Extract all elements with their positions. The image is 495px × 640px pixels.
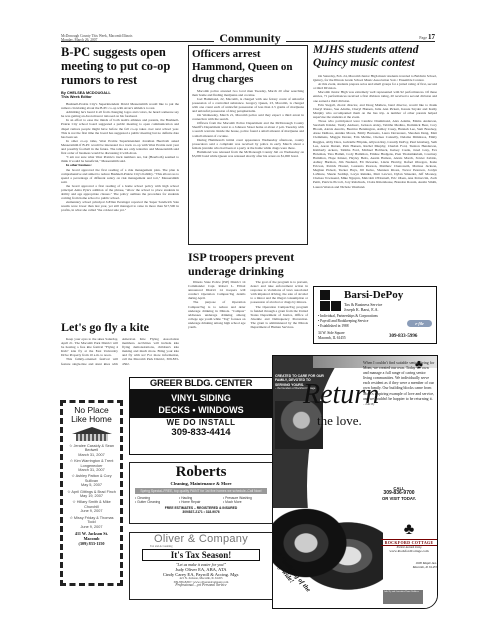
- couple-entry: ☆ Hillary Smith & Mike ChurchillJune 9, …: [65, 500, 118, 513]
- barsi-depoy-ad: Barsi-DePoy Tax & Business Service Josep…: [313, 286, 437, 344]
- wedding-date: March 31, 2007: [78, 453, 104, 457]
- couple-names: April Gittings & Brad Finch: [71, 490, 116, 494]
- address-line: Macomb, IL 61455: [381, 565, 437, 569]
- paragraph: Keep your eyes to the skies Saturday, Ap…: [61, 337, 118, 357]
- paragraph: Joel Hammond, 22, Macomb, is charged wit…: [192, 97, 304, 113]
- byline-title: This Week Editor: [61, 95, 179, 99]
- business-name: GREER BLDG. CENTER: [130, 378, 272, 390]
- paragraph: Macomb police arrested two local men Tue…: [192, 89, 304, 97]
- oliver-company-ad: Oliver & Company Tax and Accounting It's…: [129, 532, 273, 600]
- service-item: • Gutter Cleaning: [135, 500, 179, 504]
- address: 1600 Maple Ave. Macomb, IL 61455: [381, 561, 437, 569]
- visit-text: OR VISIT TODAY.: [363, 496, 435, 501]
- business-name: Roberts: [173, 465, 230, 480]
- install-line: WE DO INSTALL: [130, 418, 272, 427]
- paragraph: The purpose of Operation Campus/Tag is t…: [188, 300, 246, 329]
- bpc-headline: B-PC suggests open meeting to put co-op …: [61, 45, 179, 87]
- officers-article: Officers arrest Hammond, Queen on drug c…: [188, 45, 308, 245]
- service-item: • Much More: [223, 500, 267, 504]
- isp-article-body: Illinois State Police (ISP) District 14 …: [188, 280, 308, 329]
- page-prefix: Page: [419, 35, 427, 40]
- bpc-article-body: Bushnell-Prairie City's Superintendent D…: [61, 102, 179, 213]
- star-icon: ☆: [72, 500, 75, 504]
- couple-names: Hillary Smith & Mike Churchill: [77, 500, 111, 508]
- phone-numbers: 309/837-2171 • 318-9076: [130, 510, 272, 514]
- greer-bldg-ad: GREER BLDG. CENTER VINYL SIDING DECKS • …: [129, 377, 273, 455]
- paragraph: The Operation Campus/Tag program is fund…: [251, 305, 309, 330]
- address: 34 W. Side Square Macomb, IL 61455: [318, 331, 346, 341]
- ad-headline-2: the love.: [317, 414, 362, 428]
- wedding-date: June 9, 2007: [81, 509, 103, 513]
- isp-headline: ISP troopers prevent underage drinking: [188, 250, 308, 278]
- couple-entry: ☆ Jeralee Cassidy & Sean BedwellMarch 31…: [65, 444, 118, 457]
- paragraph: Macomb Junior High was extremely well re…: [313, 90, 437, 102]
- ad-footer: FREE ESTIMATES – REGISTERED & INSURED 30…: [130, 506, 272, 514]
- business-name: Barsi-DePoy: [344, 289, 403, 301]
- website: www.RockfordCottage.com: [381, 549, 437, 553]
- tagline: Cleaning, Maintenance & More: [130, 481, 272, 486]
- quote-signature: – Julie Hy: [363, 402, 435, 407]
- service-line: VINYL SIDING: [130, 392, 272, 404]
- paragraph: On Saturday, Feb. 24, Macomb Junior High…: [313, 74, 437, 82]
- paragraph: At this event, students prepare solos an…: [313, 82, 437, 90]
- service-item: • Home Repair: [179, 500, 223, 504]
- star-icon: ☆: [71, 474, 74, 478]
- store-phone: (309) 833-1150: [65, 541, 118, 546]
- ad-footer: Julie Hy and Associates Home Builders: [383, 590, 423, 604]
- star-icon: ☆: [70, 459, 73, 463]
- no-place-like-home-ad: No Place Like Home ☆ Jeralee Cassidy & S…: [60, 400, 123, 586]
- kite-headline: Let's go fly a kite: [61, 320, 179, 334]
- promo-banner: Spring Special–FREE, top quality PAINT f…: [135, 488, 267, 494]
- couple-entry: ☆ April Gittings & Brad FinchMay 19, 200…: [65, 490, 118, 499]
- bullet-item: elementary school principal JoEllen Pers…: [61, 200, 179, 212]
- couple-entry: ☆ Ashley Patton & Cory SullivanMay 5, 20…: [65, 474, 118, 487]
- page-number: Page 17: [405, 33, 435, 41]
- paragraph: On Wednesday, March 21, Macomb police sa…: [192, 113, 304, 121]
- officers-headline: Officers arrest Hammond, Queen on drug c…: [192, 48, 304, 86]
- house-icon: [72, 427, 112, 441]
- paragraph: Hammond was released from the McDonough …: [192, 150, 304, 158]
- officers-article-body: Macomb police arrested two local men Tue…: [192, 89, 304, 159]
- paragraph: Those who participated were Candice Drum…: [313, 119, 437, 189]
- mjhs-headline: MJHS students attend Quincy music contes…: [313, 44, 437, 70]
- bullet-item: the board approved a first reading of a …: [61, 184, 179, 200]
- wedding-date: March 31, 2007: [78, 468, 104, 472]
- section-title: Community: [214, 31, 286, 45]
- couple-names: Ashley Patton & Cory Sullivan: [76, 474, 112, 482]
- logo-square: [320, 301, 330, 311]
- paragraph: Illinois State Police (ISP) District 14 …: [188, 280, 246, 300]
- quote-text: When I couldn't find suitable senior liv…: [363, 361, 434, 401]
- rockford-cottage-ad: CREATED TO CARE FOR OUR FAMILY, DEVOTED …: [272, 355, 438, 609]
- header-rule-right: [286, 41, 435, 42]
- kite-article-body: Keep your eyes to the skies Saturday, Ap…: [61, 337, 179, 366]
- tree-logo-icon: ♣: [381, 521, 437, 539]
- brand-name: ROCKFORD COTTAGE: [381, 539, 437, 546]
- star-icon: ☆: [69, 444, 72, 448]
- paragraph: During Hammond's initial court appearanc…: [192, 138, 304, 150]
- call-to-action: CALL 309-836-9700 OR VISIT TODAY.: [363, 486, 435, 501]
- paragraph: In other co-op talks, West Prairie Super…: [61, 139, 179, 155]
- star-icon: ☆: [67, 490, 70, 494]
- page-number-value: 17: [428, 33, 435, 41]
- phone-number: 309-833-5996: [389, 334, 417, 339]
- address-line: Macomb, IL 61455: [318, 336, 346, 341]
- logo-square: [331, 301, 341, 311]
- service-line: DECKS • WINDOWS: [130, 404, 272, 416]
- wedding-date: May 19, 2007: [80, 494, 103, 498]
- family-photo: [273, 508, 383, 608]
- couple-names: Jeralee Cassidy & Sean Bedwell: [73, 444, 114, 452]
- paragraph: Erin Stegall, choral director, and Doug …: [313, 103, 437, 119]
- services-list: • Individual, Partnerships & Corporation…: [318, 314, 378, 329]
- efile-badge: e-file: [407, 320, 432, 327]
- paragraph: Officers from the Macomb Police Departme…: [192, 121, 304, 137]
- couple-entry: ☆ Missy Friday & Thomas ToddJune 9, 2007: [65, 516, 118, 529]
- bullet-item: the board approved the first reading of …: [61, 168, 179, 184]
- wedding-date: June 9, 2007: [81, 525, 103, 529]
- paragraph: The goal of the program is to prevent, d…: [251, 280, 309, 305]
- mjhs-article-body: On Saturday, Feb. 24, Macomb Junior High…: [313, 74, 437, 189]
- phone-number: 309-833-4414: [130, 427, 272, 438]
- paragraph: Bushnell-Prairie City's Superintendent D…: [61, 102, 179, 110]
- bpc-byline: By CHELSEA MCDOUGALL This Week Editor: [61, 91, 179, 99]
- paragraph: In an effort to ease the minds of both t…: [61, 118, 179, 138]
- header-rule-left: [61, 41, 214, 42]
- star-icon: ☆: [69, 516, 72, 520]
- ad-title: Like Home: [65, 415, 118, 424]
- roberts-ad: Roberts Cleaning, Maintenance & More Spr…: [129, 462, 273, 524]
- logo-square: [320, 290, 330, 300]
- couple-entry: ☆ Kim Warrington & Trent LongeneckerMarc…: [65, 459, 118, 472]
- wedding-date: May 5, 2007: [81, 483, 102, 487]
- couple-names: Kim Warrington & Trent Longenecker: [74, 459, 113, 467]
- service-item: • Established in 1988: [318, 324, 378, 329]
- testimonial: When I couldn't find suitable senior liv…: [363, 361, 435, 407]
- owner-name: Joseph K. Barsi, E.A.: [344, 307, 379, 312]
- paragraph: Admitting he's heard it all from changin…: [61, 110, 179, 118]
- services-banner: VINYL SIDING DECKS • WINDOWS: [130, 390, 272, 418]
- brand-block: ♣ ROCKFORD COTTAGE Premier Assisted Livi…: [381, 521, 437, 569]
- closing-line: Professional....yet Personal Service: [130, 584, 272, 588]
- company-logo: Oliver & Company: [130, 533, 272, 545]
- ad-headline: It's Tax Season!: [142, 549, 260, 561]
- services-list: • Cleaning • Hauling • Pressure Washing …: [130, 496, 272, 504]
- couple-names: Missy Friday & Thomas Todd: [74, 516, 114, 524]
- company-subtitle: Tax and Accounting: [130, 545, 272, 548]
- paragraph: "I am not sure what West Prairie's track…: [61, 155, 179, 163]
